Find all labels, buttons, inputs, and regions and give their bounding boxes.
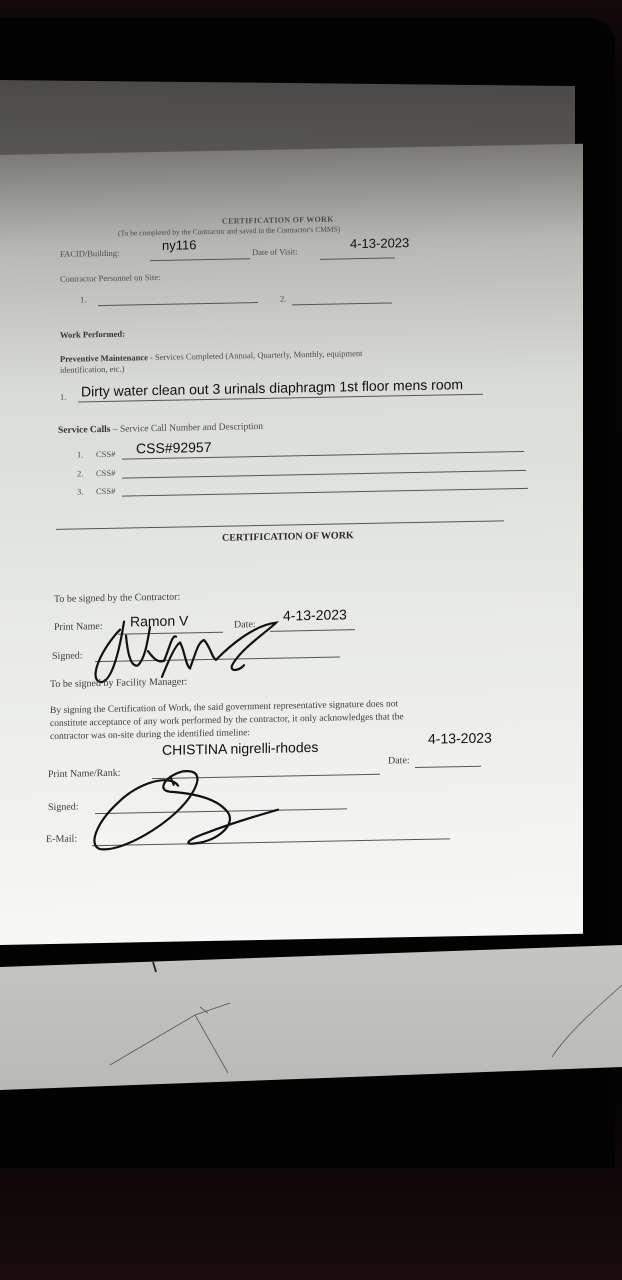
personnel-label: Contractor Personnel on Site: bbox=[60, 272, 160, 284]
pm-label-line2: identification, etc.) bbox=[60, 364, 124, 375]
service-calls-label: Service Calls – Service Call Number and … bbox=[58, 422, 263, 436]
service-call-1-num: 1. bbox=[77, 449, 83, 459]
manager-email-label: E-Mail: bbox=[46, 834, 77, 846]
work-performed-heading: Work Performed: bbox=[60, 329, 125, 340]
manager-intro: To be signed by Facility Manager: bbox=[50, 676, 187, 690]
manager-date-underline bbox=[415, 766, 481, 768]
date-of-visit-label: Date of Visit: bbox=[252, 246, 298, 257]
personnel-2-num: 2. bbox=[280, 294, 286, 304]
manager-signature bbox=[78, 761, 308, 860]
tablet-screen: CERTIFICATION OF WORK (To be completed b… bbox=[0, 0, 622, 1280]
contractor-intro: To be signed by the Contractor: bbox=[54, 592, 180, 605]
date-of-visit-field[interactable]: 4-13-2023 bbox=[350, 235, 409, 251]
certification-heading: CERTIFICATION OF WORK bbox=[222, 530, 354, 544]
service-call-3-num: 3. bbox=[77, 486, 83, 496]
manager-print-name-field[interactable]: CHISTINA nigrelli-rhodes bbox=[162, 739, 318, 758]
manager-signed-label: Signed: bbox=[48, 801, 79, 813]
pm-label-bold: Preventive Maintenance bbox=[60, 352, 148, 364]
service-call-2-field[interactable] bbox=[122, 470, 526, 479]
service-call-2-num: 2. bbox=[77, 468, 83, 478]
facid-label: FACID/Building: bbox=[60, 248, 119, 259]
service-call-2-prefix: CSS# bbox=[96, 468, 115, 478]
personnel-2-field[interactable] bbox=[292, 302, 392, 305]
service-call-1-prefix: CSS# bbox=[96, 449, 115, 459]
personnel-1-num: 1. bbox=[80, 294, 86, 304]
service-call-3-prefix: CSS# bbox=[96, 486, 115, 496]
contractor-signed-label: Signed: bbox=[52, 650, 83, 662]
pm-item-1-num: 1. bbox=[60, 392, 66, 402]
manager-date-field[interactable]: 4-13-2023 bbox=[428, 730, 492, 747]
pm-label: Preventive Maintenance - Services Comple… bbox=[60, 348, 363, 364]
date-of-visit-underline bbox=[320, 257, 395, 259]
document-page[interactable]: CERTIFICATION OF WORK (To be completed b… bbox=[0, 144, 583, 945]
contractor-date-field[interactable]: 4-13-2023 bbox=[283, 606, 347, 623]
form-subtitle: (To be completed by the Contractor and s… bbox=[118, 224, 340, 237]
screen-crack bbox=[0, 945, 622, 1090]
service-calls-label-rest: – Service Call Number and Description bbox=[111, 422, 264, 435]
manager-date-label: Date: bbox=[388, 755, 410, 766]
pm-label-rest: - Services Completed (Annual, Quarterly,… bbox=[148, 348, 363, 362]
facid-field[interactable]: ny116 bbox=[162, 237, 196, 253]
service-call-1-field[interactable]: CSS#92957 bbox=[136, 439, 212, 456]
facid-underline bbox=[150, 258, 250, 261]
personnel-1-field[interactable] bbox=[98, 302, 258, 306]
service-calls-label-bold: Service Calls bbox=[58, 425, 111, 436]
service-call-3-field[interactable] bbox=[122, 488, 528, 497]
section-divider bbox=[56, 520, 504, 530]
